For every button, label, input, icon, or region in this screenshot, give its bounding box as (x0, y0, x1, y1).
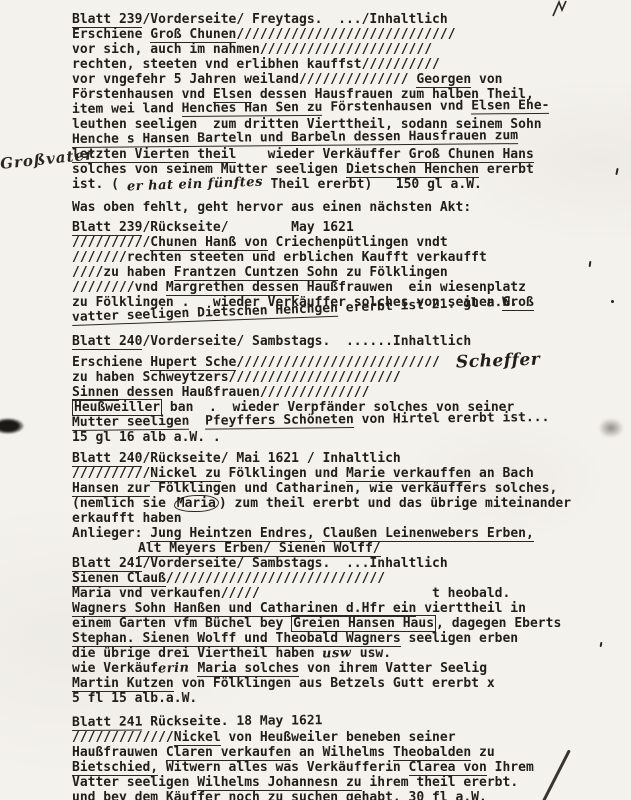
typed-text: Erschiene (72, 355, 150, 370)
typed-text: /Vorderseite/ Freytags. .../Inhaltlich (142, 12, 447, 27)
typed-text: letzten Vierten theil (72, 147, 236, 163)
typed-text: vor sich, auch im nahmen////////////////… (72, 42, 432, 57)
typed-text: Frantzen Cuntzen Sohn (174, 265, 338, 281)
document-line: Sinnen dessen Haußfrauen////////////// (72, 385, 623, 400)
document-line: Vatter seeligen Wilhelms Johannesn zu ih… (72, 775, 623, 790)
typed-text: Blatt 239 (72, 220, 142, 236)
typed-text: Nickel zu (150, 466, 220, 482)
typed-text: Clarea von (409, 760, 487, 776)
typed-text (189, 414, 205, 429)
typed-text: //////////////////////////// (236, 27, 455, 42)
typed-text: von ihrem Vatter Seelig (299, 661, 487, 676)
document-line: //////////Nickel zu Fölklingen und Marie… (72, 466, 623, 481)
document-line: Bietschied, Witwern alles was Verkäuffer… (72, 760, 623, 775)
document-line: ///////rechten steeten und erblichen Kau… (72, 250, 623, 265)
typed-text: dessen Haußfrauen////////////// (119, 385, 369, 400)
document-line: Haußfrauwen Claren verkaufen an Wilhelms… (72, 745, 623, 760)
document-line: Sienen Clauß//////////////////////////// (72, 571, 623, 586)
document-line: erkaufft haben (72, 511, 623, 526)
document-line: ist. ( er hat ein fünftes Theil ererbt) … (72, 177, 623, 192)
typed-text: 5 fl 15 alb.a.W. (72, 691, 197, 706)
document-line: Wagners Sohn Hanßen und Catharinen d.Hfr… (72, 601, 623, 616)
typed-text: von (471, 72, 502, 87)
typed-text: Theobalden (393, 745, 471, 761)
typed-text: Henche s Hansen Barteln und Barbeln dess… (72, 128, 518, 148)
typed-text: Maria vnd verkaufen///// (72, 586, 260, 601)
scan-stain (598, 418, 624, 438)
document-line: solches von seinem Mutter seeligen Diets… (72, 162, 623, 177)
typewritten-text: Blatt 239/Vorderseite/ Freytags. .../Inh… (72, 12, 623, 800)
typed-text: /Vorderseite/ Sambstags. ...Inhaltlich (142, 556, 447, 571)
typed-text: Ihrem (487, 760, 534, 775)
document-line: ////zu haben Frantzen Cuntzen Sohn zu Fö… (72, 265, 623, 280)
document-line: Was oben fehlt, geht hervor aus einen nä… (72, 200, 623, 215)
typed-text: Blatt 241 (72, 556, 142, 572)
typed-text: Chunen Hanß von (150, 235, 267, 251)
typed-text: Witwern alles was Verkäufferin (158, 760, 408, 775)
typed-text: erkaufft haben (72, 511, 182, 526)
typed-text: die übrige drei Viertheil haben (72, 646, 322, 661)
pen-mark-icon (550, 0, 570, 22)
document-line: Blatt 239/Rückseite/ May 1621 (72, 220, 623, 235)
document-line: wie Verkäuferin Maria solches von ihrem … (72, 661, 623, 676)
typed-text: /Rückseite/ May 1621 (142, 220, 353, 235)
typed-text: 15 gl 16 alb a.W. . (72, 430, 221, 445)
typed-text: wie Verkäuf (72, 661, 158, 676)
typed-text: wieder Verkäuffer (236, 147, 408, 162)
typed-text: //////////////////////////// (166, 571, 385, 586)
typed-text: ererbt (479, 162, 534, 177)
typed-text: an Bach (471, 466, 534, 481)
typed-text: ist. ( (72, 177, 127, 192)
typed-text: Fölklingen und Catharinen, wie verkäuffe… (150, 481, 557, 496)
typed-text: Criechenpütlingen vndt (268, 235, 448, 250)
typed-text: Wilhelms Johannesn zu (197, 775, 361, 791)
typed-text: vor vngefehr 5 Jahren weiland///////////… (72, 72, 416, 87)
typed-text: Erschiene (72, 27, 150, 42)
typed-text: ////////// (72, 235, 150, 250)
typed-text: Elsen Ehe- (471, 98, 549, 115)
scan-speck (611, 300, 614, 303)
document-line: Blatt 240/Rückseite/ Mai 1621 / Inhaltli… (72, 451, 623, 466)
typed-text: (nemlich sie (72, 496, 174, 511)
typed-text: Marie verkauffen (346, 466, 471, 482)
typed-text: t heobald. (260, 586, 510, 601)
typed-text: Rückseite. 18 May 1621 (142, 713, 322, 729)
typed-text: Sienen Clauß (72, 571, 166, 587)
document-line: Alt Meyers Erben/ Sienen Wolff/ (72, 541, 623, 556)
typed-text: an Wilhelms (291, 745, 393, 760)
typed-text: Pfeyffers Schöneten (205, 412, 354, 430)
document-line: Blatt 241 Rückseite. 18 May 1621 (72, 711, 623, 730)
typed-text: Blatt 240 (72, 334, 142, 350)
document-line: Stephan. Sienen Wolff und Theobald Wagne… (72, 631, 623, 646)
typed-text: Hupert Sche (150, 355, 236, 371)
typed-text: /Rückseite/ Mai 1621 / Inhaltlich (142, 451, 400, 466)
document-line: einem Garten vfm Büchel bey Greien Hanse… (72, 616, 623, 631)
document-line: die übrige drei Viertheil haben usw usw. (72, 646, 623, 661)
typed-text: Förstenhausen vnd (322, 99, 471, 115)
typed-text: Maria (174, 495, 219, 512)
typed-text: ihrem theil ererbt. (362, 775, 519, 790)
document-line: Maria vnd verkaufen///// t heobald. (72, 586, 623, 601)
typed-text: Claren verkaufen (166, 745, 291, 761)
document-line: (nemlich sie Maria) zum theil ererbt und… (72, 496, 623, 511)
typed-text: Martin Kutzen (72, 676, 174, 692)
document-line: 5 fl 15 alb.a.W. (72, 691, 623, 706)
typed-text: Groß Chunen Hans (409, 147, 534, 163)
typed-text: Margrethen dessen (166, 280, 299, 296)
typed-text: Greien Hansen Haus (291, 615, 436, 632)
typed-text: Jung Heintzen Endres, (150, 526, 314, 542)
document-line: Blatt 241/Vorderseite/ Sambstags. ...Inh… (72, 556, 623, 571)
typed-text: Förstenhausen vnd (72, 87, 213, 102)
typed-text: von Hirtel ererbt ist... (354, 410, 550, 427)
typed-text: ////////// (72, 466, 150, 481)
typed-text: usw. (352, 646, 391, 661)
typed-text: Nickel (174, 730, 221, 746)
typed-text: Haußfrauwen (72, 745, 166, 760)
typed-text: rechten, steeten vnd erlibhen kauffst///… (72, 57, 440, 72)
handwritten-text: Scheffer (455, 353, 540, 371)
typed-text: Stephan. Sienen Wolff und Theobald Wagne… (72, 631, 401, 647)
document-line: Erschiene Hupert Sche///////////////////… (72, 354, 623, 370)
handwritten-text: er hat ein fünftes (127, 175, 263, 195)
typed-text: zu (471, 745, 494, 760)
document-line: //////////Chunen Hanß von Criechenpütlin… (72, 235, 623, 250)
typed-text: Blatt 241 (72, 715, 143, 731)
typed-text: ////zu haben (72, 265, 174, 280)
typed-text: ///////////// (72, 730, 174, 745)
typed-text: Blatt 239 (72, 12, 142, 28)
typed-text: Alt Meyers Erben/ Sienen Wolff/ (138, 541, 381, 557)
typed-text: von Fölklingen aus Betzels Gutt ererbt x (174, 676, 495, 691)
typed-text: ////////////////////////// (236, 355, 455, 370)
typed-text: Henches Han Sen zu (182, 100, 323, 117)
typed-text: Georgen (416, 72, 471, 88)
document-line: Hansen zur Fölklingen und Catharinen, wi… (72, 481, 623, 496)
typed-text: Bietschied, (72, 760, 158, 776)
document-line: Anlieger: Jung Heintzen Endres, Claußen … (72, 526, 623, 541)
typed-text: Claußen Leinenwebers Erben, (322, 526, 533, 542)
typed-text: , dagegen Eberts (436, 616, 561, 631)
typed-text: item wei land (72, 101, 182, 117)
typed-text: vierttheil in (416, 601, 526, 616)
document-line: vor vngefehr 5 Jahren weiland///////////… (72, 72, 623, 87)
document-line: Blatt 239/Vorderseite/ Freytags. .../Inh… (72, 12, 623, 27)
typed-text: von Heußweiler beneben seiner (221, 730, 456, 745)
typed-text: zu Fölklingen (338, 265, 448, 280)
typed-text: Maria solches (197, 661, 299, 677)
typed-text: Blatt 240 (72, 451, 142, 467)
typed-text: ) zum theil ererbt und das übrige mitein… (219, 496, 571, 511)
document-line: Blatt 240/Vorderseite/ Sambstags. ......… (72, 334, 623, 349)
typed-text: ///////rechten steeten und erblichen Kau… (72, 250, 487, 265)
typed-text: Dietschen Henchen (346, 162, 479, 178)
handwritten-text: usw (322, 645, 352, 661)
document-line: und bey dem Käuffer noch zu suchen gehab… (72, 790, 623, 800)
typed-text: Haußfrauwen ein wiesenplatz (299, 280, 526, 295)
document-line: /////////////Nickel von Heußweiler beneb… (72, 730, 623, 745)
typed-text: und bey dem Käuffer noch zu suchen gehab… (72, 790, 487, 800)
typed-text: Anlieger: (72, 526, 150, 541)
typed-text: einem Garten vfm Büchel bey (72, 616, 291, 631)
document-line: 15 gl 16 alb a.W. . (72, 430, 623, 445)
typed-text: seeligen erben (401, 631, 518, 646)
document-line: rechten, steeten vnd erlibhen kauffst///… (72, 57, 623, 72)
document-line: vor sich, auch im nahmen////////////////… (72, 42, 623, 57)
document-line: letzten Vierten theil wieder Verkäuffer … (72, 147, 623, 162)
typed-text: Theil ererbt) 150 gl a.W. (263, 177, 482, 192)
handwritten-text: erin (158, 660, 190, 676)
typed-text: zu haben Schweytzers////////////////////… (72, 370, 401, 385)
typed-text: Groß Chunen (150, 27, 236, 43)
typed-text: ////////vnd (72, 280, 166, 295)
typed-text: Fölklingen und (221, 466, 346, 481)
typed-text: /Vorderseite/ Sambstags. ......Inhaltlic… (142, 334, 471, 349)
document-line: zu haben Schweytzers////////////////////… (72, 370, 623, 385)
typed-text: Vatter seeligen (72, 775, 197, 790)
typed-text: Hansen zur (72, 481, 150, 497)
typed-text: solches von seinem Mutter seeligen (72, 162, 346, 177)
document-line: Martin Kutzen von Fölklingen aus Betzels… (72, 676, 623, 691)
ink-blob (0, 418, 24, 434)
typed-text: Was oben fehlt, geht hervor aus einen nä… (72, 200, 471, 215)
document-line: Erschiene Groß Chunen///////////////////… (72, 27, 623, 42)
typed-text: Mutter seeligen (72, 414, 190, 431)
document-page: Blatt 239/Vorderseite/ Freytags. .../Inh… (0, 0, 631, 800)
